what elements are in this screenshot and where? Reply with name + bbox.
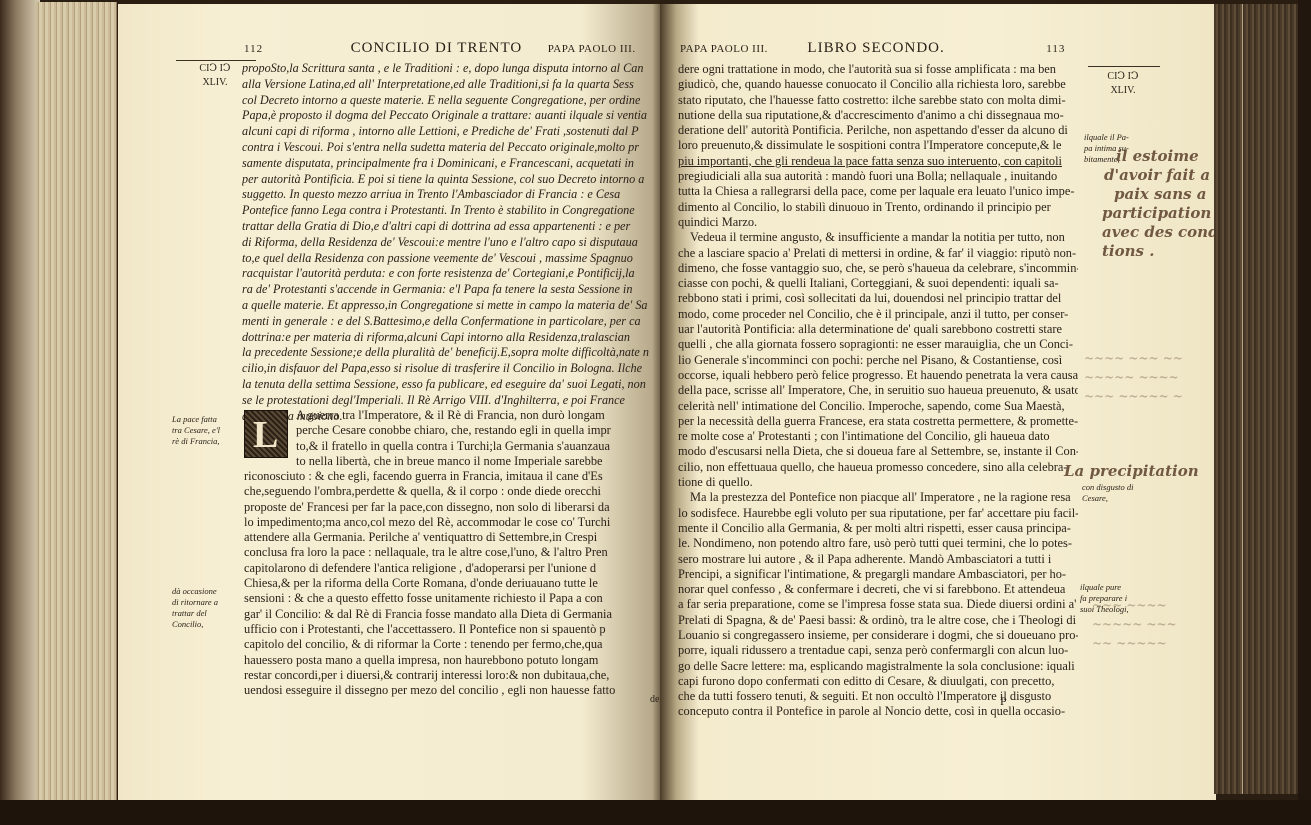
- book-cover-left: [0, 0, 40, 825]
- main-text: dere ogni trattatione in modo, che l'aut…: [678, 62, 1078, 720]
- faded-handwriting: ~~~ ~~~~~~~~~ ~~~~~ ~~~~~: [1092, 596, 1177, 653]
- faded-handwriting: ~~~~ ~~~ ~~~~~~~ ~~~~~~~ ~~~~~ ~: [1084, 349, 1183, 406]
- handwritten-annotation: il estoime d'avoir fait a paix sans a pa…: [1092, 147, 1216, 261]
- year-marker: CIↃ IↃ XLIV.: [1088, 70, 1158, 98]
- background: [0, 800, 1311, 825]
- margin-note: La pace fatta tra Cesare, e'l rè di Fran…: [172, 414, 242, 447]
- main-text-indented: A guerra tra l'Imperatore, & il Rè di Fr…: [296, 408, 663, 469]
- left-page: 112 CONCILIO DI TRENTO PAPA PAOLO III. C…: [118, 4, 663, 800]
- year-rule: [1088, 66, 1160, 67]
- handwritten-annotation: La precipitation: [1064, 462, 1199, 481]
- book-cover-right: [1298, 0, 1311, 825]
- running-pope: PAPA PAOLO III.: [680, 43, 768, 55]
- signature-mark: P: [1000, 694, 1007, 709]
- right-page: PAPA PAOLO III. LIBRO SECONDO. 113 CIↃ I…: [660, 4, 1216, 800]
- chapter-summary: propoSto,la Scrittura santa , e le Tradi…: [242, 39, 662, 424]
- right-page-header: PAPA PAOLO III. LIBRO SECONDO. 113: [680, 40, 1065, 57]
- catchword: de: [650, 694, 659, 705]
- page-edges-right: [1214, 4, 1300, 794]
- margin-note: con disgusto di Cesare,: [1082, 482, 1162, 504]
- page-number: 113: [1046, 43, 1065, 55]
- page-edges-left: [36, 2, 117, 800]
- year-marker: CIↃ IↃ XLIV.: [180, 62, 250, 90]
- decorated-drop-cap: L: [244, 410, 288, 458]
- main-text: riconosciuto : & che egli, facendo guerr…: [244, 469, 663, 698]
- margin-note: dà occasione di ritornare a trattar del …: [172, 586, 242, 630]
- running-title: LIBRO SECONDO.: [807, 40, 944, 56]
